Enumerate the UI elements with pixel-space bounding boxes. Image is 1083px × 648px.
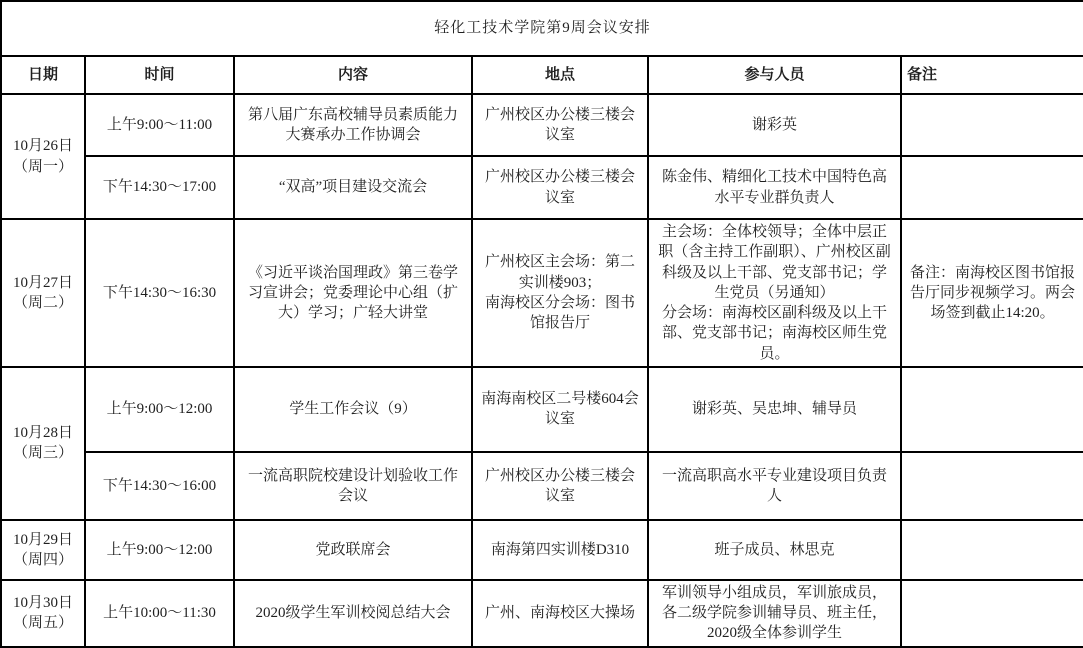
content-cell: 学生工作会议（9） xyxy=(234,367,472,452)
date-cell: 10月27日 （周二） xyxy=(1,219,85,367)
location-cell: 南海南校区二号楼604会议室 xyxy=(472,367,648,452)
notes-cell xyxy=(901,367,1083,452)
col-header-participants: 参与人员 xyxy=(648,56,901,94)
notes-cell xyxy=(901,452,1083,520)
content-cell: 党政联席会 xyxy=(234,520,472,580)
time-cell: 下午14:30～16:30 xyxy=(85,219,234,367)
table-row: 10月27日 （周二） 下午14:30～16:30 《习近平谈治国理政》第三卷学… xyxy=(1,219,1083,367)
table-row: 10月30日 （周五） 上午10:00～11:30 2020级学生军训校阅总结大… xyxy=(1,580,1083,647)
notes-cell xyxy=(901,156,1083,219)
title-row: 轻化工技术学院第9周会议安排 xyxy=(1,1,1083,56)
location-cell: 广州校区办公楼三楼会议室 xyxy=(472,94,648,156)
col-header-location: 地点 xyxy=(472,56,648,94)
time-cell: 下午14:30～17:00 xyxy=(85,156,234,219)
table-row: 下午14:30～16:00 一流高职院校建设计划验收工作会议 广州校区办公楼三楼… xyxy=(1,452,1083,520)
page-title: 轻化工技术学院第9周会议安排 xyxy=(1,1,1083,56)
time-cell: 上午9:00～11:00 xyxy=(85,94,234,156)
participants-cell: 一流高职高水平专业建设项目负责人 xyxy=(648,452,901,520)
date-cell: 10月29日 （周四） xyxy=(1,520,85,580)
table-row: 10月28日 （周三） 上午9:00～12:00 学生工作会议（9） 南海南校区… xyxy=(1,367,1083,452)
notes-cell: 备注：南海校区图书馆报告厅同步视频学习。两会场签到截止14:20。 xyxy=(901,219,1083,367)
table-row: 下午14:30～17:00 “双高”项目建设交流会 广州校区办公楼三楼会议室 陈… xyxy=(1,156,1083,219)
column-header-row: 日期 时间 内容 地点 参与人员 备注 xyxy=(1,56,1083,94)
notes-cell xyxy=(901,580,1083,647)
participants-cell: 谢彩英 xyxy=(648,94,901,156)
col-header-notes: 备注 xyxy=(901,56,1083,94)
participants-cell: 主会场：全体校领导；全体中层正职（含主持工作副职）、广州校区副科级及以上干部、党… xyxy=(648,219,901,367)
content-cell: 《习近平谈治国理政》第三卷学习宣讲会；党委理论中心组（扩大）学习；广轻大讲堂 xyxy=(234,219,472,367)
table-row: 10月29日 （周四） 上午9:00～12:00 党政联席会 南海第四实训楼D3… xyxy=(1,520,1083,580)
table-row: 10月26日 （周一） 上午9:00～11:00 第八届广东高校辅导员素质能力大… xyxy=(1,94,1083,156)
content-cell: 第八届广东高校辅导员素质能力大赛承办工作协调会 xyxy=(234,94,472,156)
participants-cell: 班子成员、林思克 xyxy=(648,520,901,580)
location-cell: 广州校区办公楼三楼会议室 xyxy=(472,156,648,219)
location-cell: 广州、南海校区大操场 xyxy=(472,580,648,647)
col-header-date: 日期 xyxy=(1,56,85,94)
time-cell: 上午10:00～11:30 xyxy=(85,580,234,647)
date-cell: 10月26日 （周一） xyxy=(1,94,85,219)
content-cell: “双高”项目建设交流会 xyxy=(234,156,472,219)
content-cell: 一流高职院校建设计划验收工作会议 xyxy=(234,452,472,520)
date-cell: 10月28日 （周三） xyxy=(1,367,85,520)
col-header-time: 时间 xyxy=(85,56,234,94)
location-cell: 南海第四实训楼D310 xyxy=(472,520,648,580)
meeting-schedule-table: 轻化工技术学院第9周会议安排 日期 时间 内容 地点 参与人员 备注 10月26… xyxy=(0,0,1083,648)
participants-cell: 谢彩英、吴忠坤、辅导员 xyxy=(648,367,901,452)
notes-cell xyxy=(901,94,1083,156)
content-cell: 2020级学生军训校阅总结大会 xyxy=(234,580,472,647)
date-cell: 10月30日 （周五） xyxy=(1,580,85,647)
time-cell: 上午9:00～12:00 xyxy=(85,367,234,452)
notes-cell xyxy=(901,520,1083,580)
participants-cell: 军训领导小组成员，军训旅成员，各二级学院参训辅导员、班主任，2020级全体参训学… xyxy=(648,580,901,647)
col-header-content: 内容 xyxy=(234,56,472,94)
time-cell: 下午14:30～16:00 xyxy=(85,452,234,520)
location-cell: 广州校区办公楼三楼会议室 xyxy=(472,452,648,520)
time-cell: 上午9:00～12:00 xyxy=(85,520,234,580)
participants-cell: 陈金伟、精细化工技术中国特色高水平专业群负责人 xyxy=(648,156,901,219)
location-cell: 广州校区主会场：第二实训楼903； 南海校区分会场：图书馆报告厅 xyxy=(472,219,648,367)
